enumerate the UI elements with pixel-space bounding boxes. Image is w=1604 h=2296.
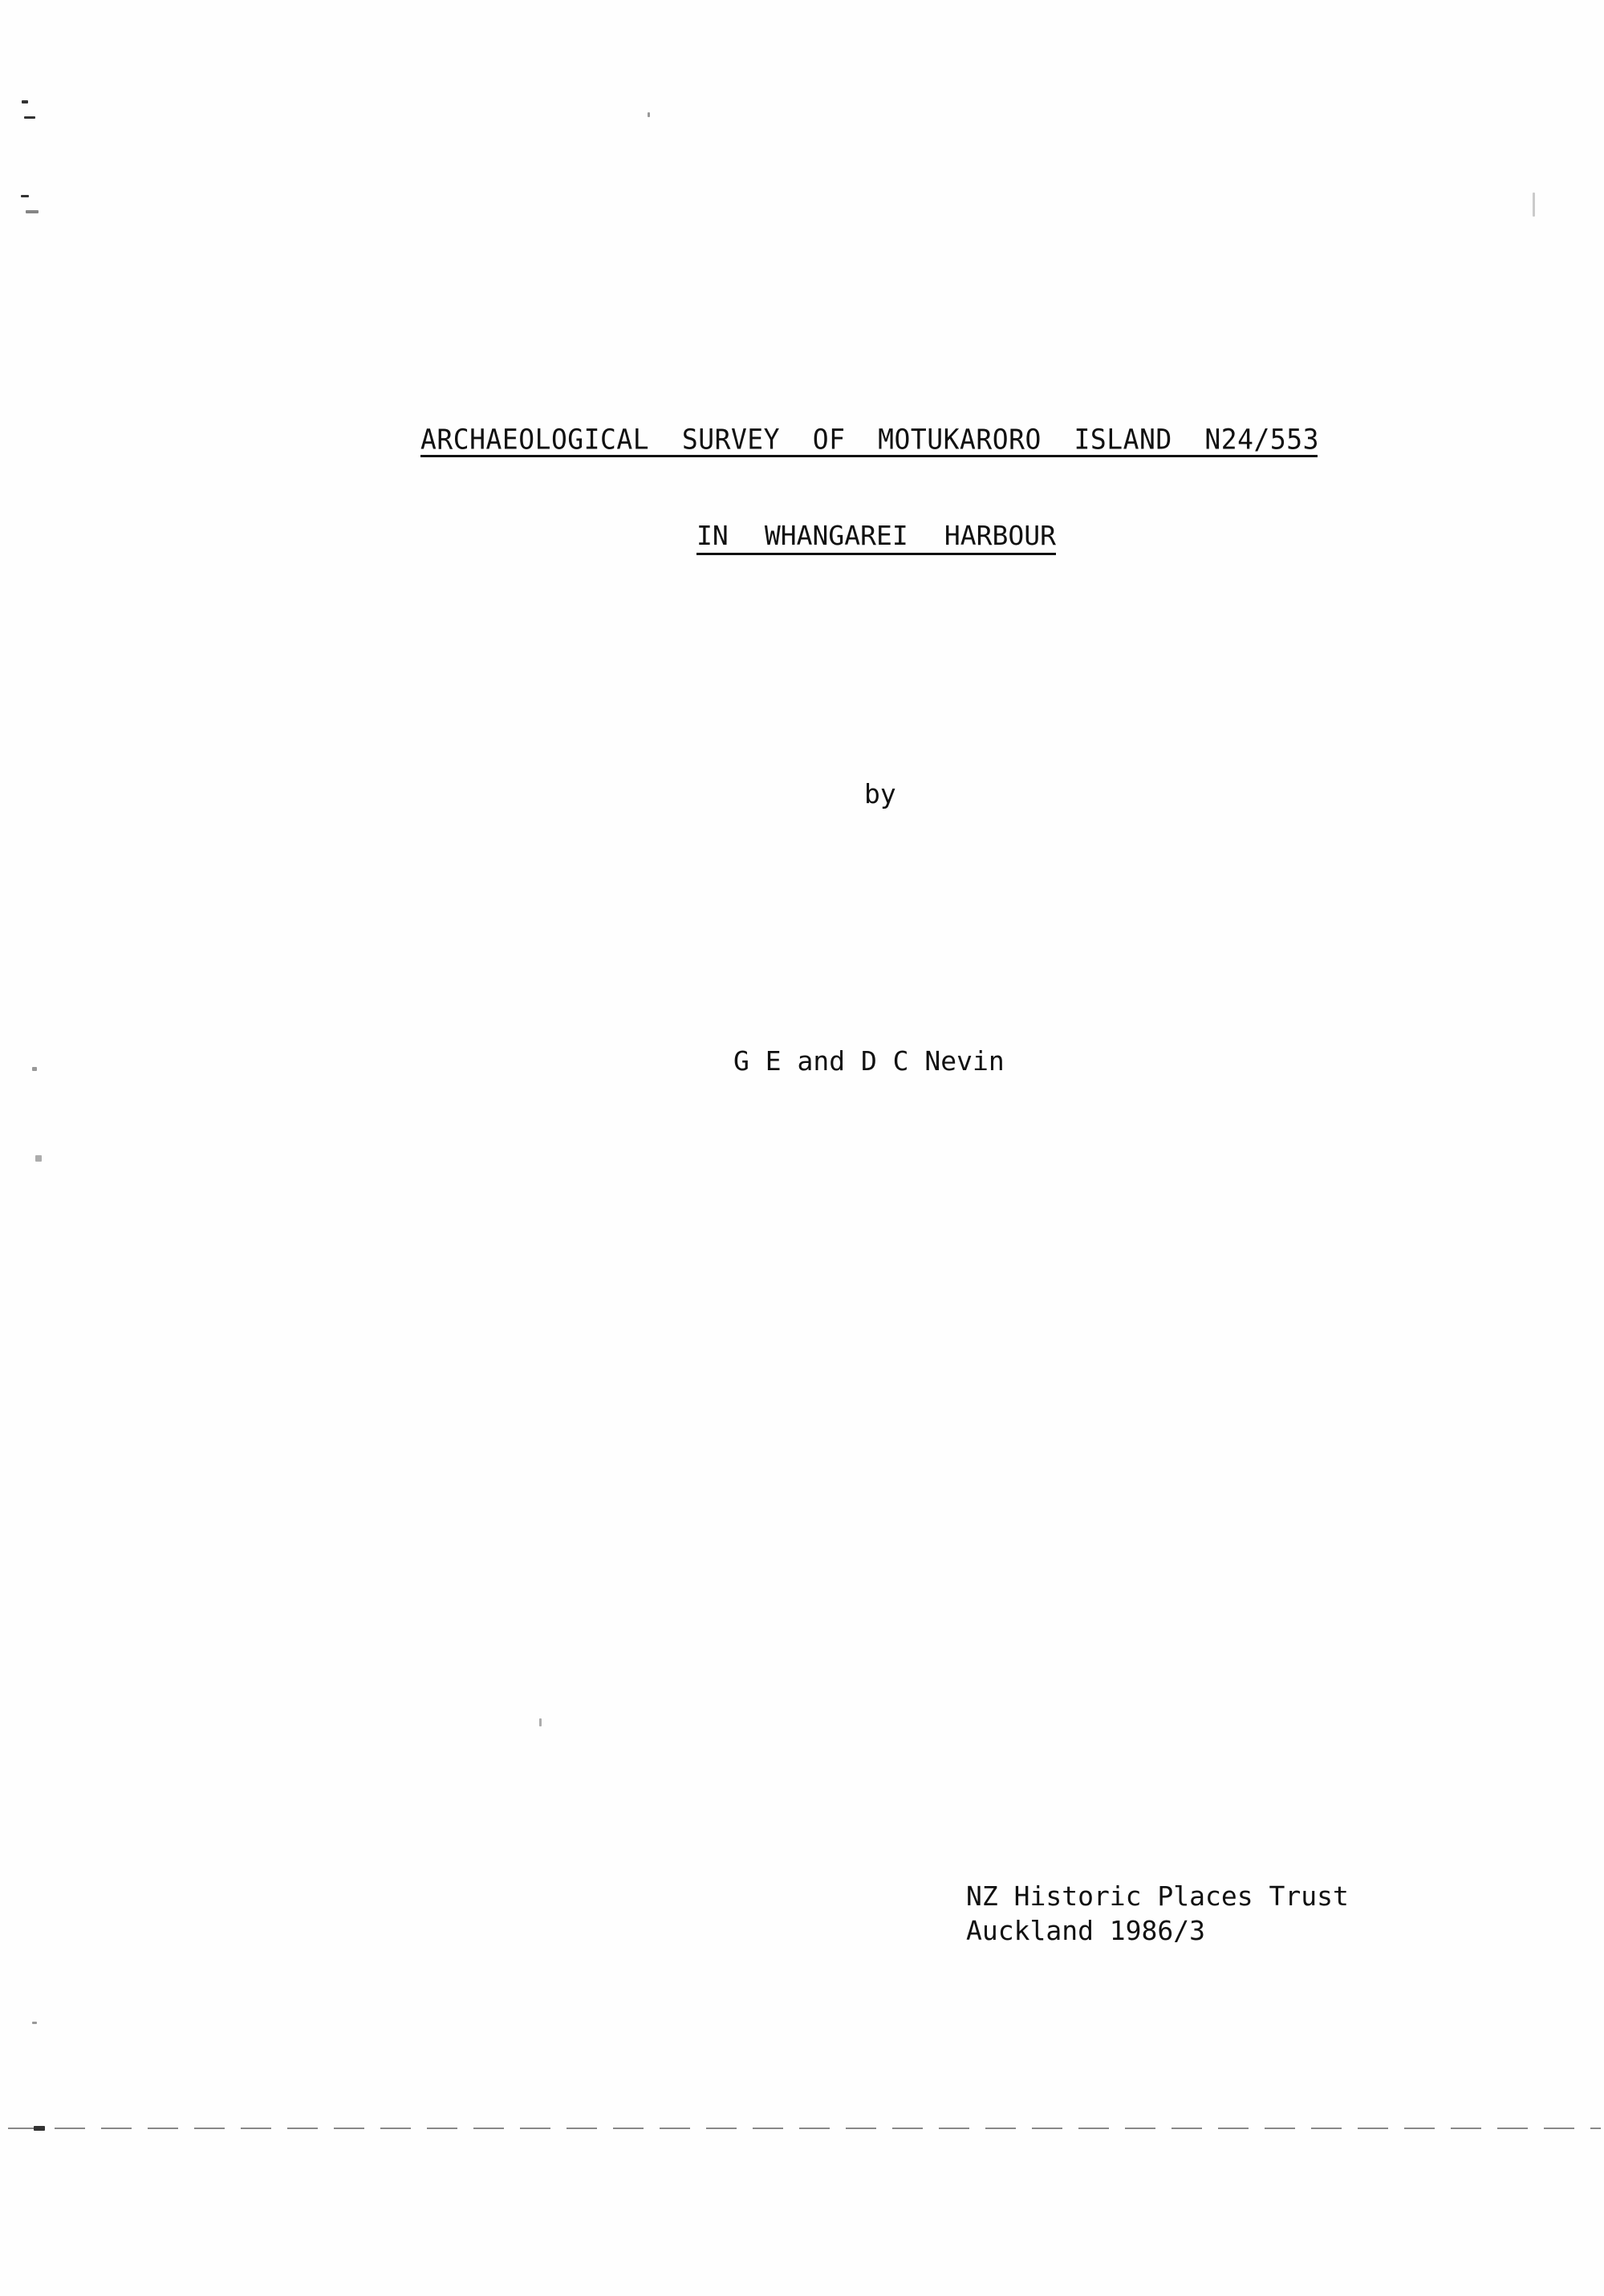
scan-speck (34, 2126, 45, 2131)
scan-speck (21, 195, 29, 197)
publisher-block: NZ Historic Places Trust Auckland 1986/3 (966, 1879, 1349, 1948)
publisher-line-2: Auckland 1986/3 (966, 1915, 1205, 1946)
scan-speck (648, 112, 650, 117)
scan-speck (24, 116, 35, 119)
document-title-line-1: ARCHAEOLOGICAL SURVEY OF MOTUKARORO ISLA… (420, 423, 1319, 456)
scan-dashed-line (8, 2128, 1601, 2129)
by-label: by (864, 778, 896, 809)
title-underline-1 (420, 455, 1318, 457)
scan-speck (35, 1155, 42, 1162)
scan-speck (32, 1067, 37, 1071)
scan-speck (1533, 193, 1535, 217)
authors: G E and D C Nevin (733, 1045, 1005, 1077)
scan-speck (32, 2022, 37, 2024)
publisher-line-1: NZ Historic Places Trust (966, 1880, 1349, 1912)
title-underline-2 (696, 553, 1056, 555)
scan-speck (539, 1718, 542, 1726)
document-title-line-2: IN WHANGAREI HARBOUR (696, 520, 1056, 551)
scan-speck (26, 210, 39, 213)
scan-speck (22, 100, 28, 103)
document-page: ARCHAEOLOGICAL SURVEY OF MOTUKARORO ISLA… (0, 0, 1604, 2296)
